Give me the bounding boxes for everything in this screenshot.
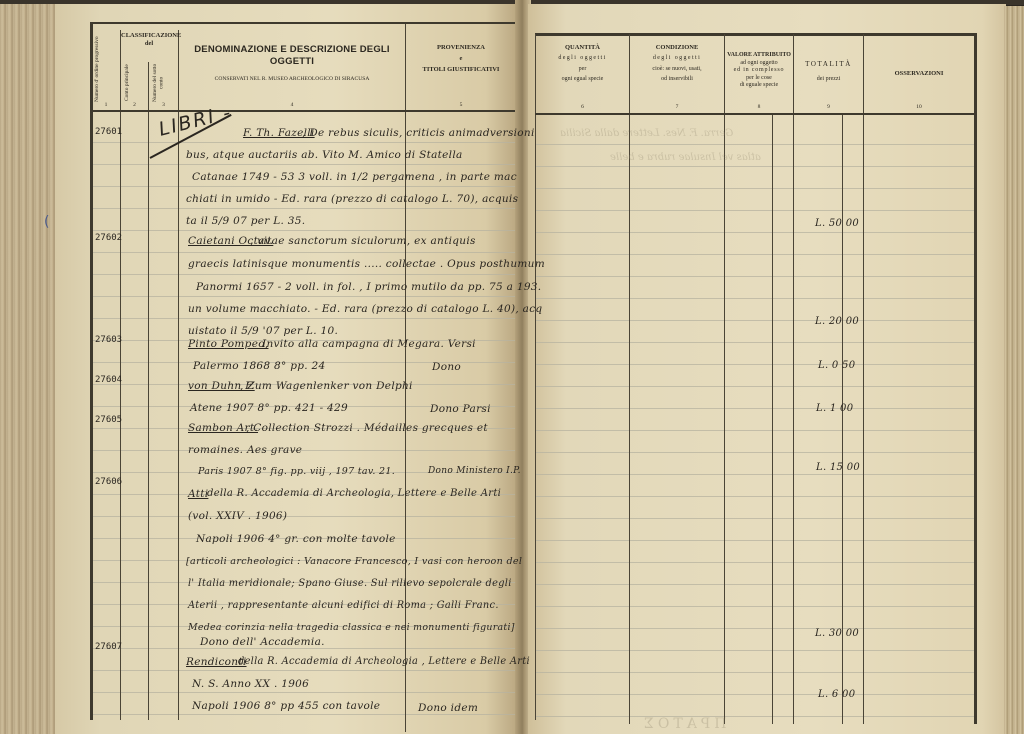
entry-line: uistato il 5/9 '07 per L. 10. (188, 325, 338, 337)
ruled-line (536, 562, 974, 563)
ruled-line (536, 430, 974, 431)
ruled-line (536, 452, 974, 453)
header-col8: VALORE ATTRIBUITO ad ogni oggetto ed in … (725, 52, 793, 90)
entry-line: un volume macchiato. - Ed. rara (prezzo … (188, 303, 542, 315)
header-col7-line3: cioè: se nuovi, usati, (630, 66, 724, 74)
ruled-line (536, 584, 974, 585)
ruled-line (536, 518, 974, 519)
amount-value: L. 15 00 (816, 462, 860, 473)
ruled-line (536, 606, 974, 607)
bleed-through-text: Gerra. F. Nes. Lettere dalla Sicilia (560, 128, 733, 139)
entry-line: Atene 1907 8° pp. 421 - 429 (190, 402, 348, 414)
header-col8-line3: ed in complesso (725, 67, 793, 75)
header-col7-line4: od inservibili (630, 76, 724, 84)
right-col-divider-4 (863, 34, 864, 724)
entry-line: Medea corinzia nella tragedia classica e… (188, 622, 515, 633)
header-num-9: 9 (794, 104, 863, 110)
entry-line: della R. Accademia di Archeologia , Lett… (238, 656, 530, 667)
entry-line: , De rebus siculis, criticis animadversi… (302, 127, 535, 139)
entry-provenance: Dono Ministero I.P. (428, 466, 521, 476)
entry-provenance: Dono idem (418, 702, 478, 714)
entry-line: , vitae sanctorum siculorum, ex antiquis (250, 235, 476, 247)
right-col-divider-0 (535, 34, 536, 720)
header-col8-line5: di eguale specie (725, 82, 793, 90)
entry-line: Napoli 1906 8° pp 455 con tavole (192, 700, 380, 712)
entry-line: bus, atque auctariis ab. Vito M. Amico d… (186, 149, 463, 161)
entry-line: Aterii , rappresentante alcuni edifici d… (188, 600, 499, 611)
ruled-line (536, 628, 974, 629)
right-header-bottom (535, 113, 975, 115)
entry-line: graecis latinisque monumentis ..... coll… (188, 258, 545, 270)
ruled-line (536, 672, 974, 673)
header-col6-line2: degli oggetti (536, 55, 629, 63)
header-col7: CONDIZIONE degli oggetti cioè: se nuovi,… (630, 44, 724, 84)
entry-author: Pinto Pompeo, (188, 338, 268, 350)
entry-line: [articoli archeologici : Vanacore France… (186, 556, 522, 567)
ruled-line (536, 276, 974, 277)
ruled-line (536, 144, 974, 145)
entry-number: 27601 (95, 127, 122, 137)
header-num-8: 8 (725, 104, 793, 110)
header-col8-line4: per le cose (725, 75, 793, 83)
right-col-divider-3 (793, 34, 794, 724)
entry-number: 27605 (95, 415, 122, 425)
header-col6-line3: per (536, 66, 629, 74)
header-col7-line2: degli oggetti (630, 55, 724, 63)
header-num-6: 6 (536, 104, 629, 110)
header-col9-line2: dei prezzi (794, 76, 863, 84)
ruled-line (536, 210, 974, 211)
amount-value: L. 1 00 (816, 403, 853, 414)
entry-line: N. S. Anno XX . 1906 (192, 678, 309, 690)
right-outer-border (974, 34, 977, 724)
header-col10: OSSERVAZIONI (864, 70, 974, 78)
ruled-line (536, 166, 974, 167)
entry-number: 27603 (95, 335, 122, 345)
header-col9-line1: TOTALITÀ (794, 60, 863, 69)
header-col6-line4: ogni egual specie (536, 76, 629, 84)
entry-line: chiati in umido - Ed. rara (prezzo di ca… (186, 193, 518, 205)
header-num-7: 7 (630, 104, 724, 110)
entry-line: Catanae 1749 - 53 3 voll. in 1/2 pergame… (192, 171, 517, 183)
amount-value: L. 20 00 (815, 316, 859, 327)
entry-author: Atti (188, 488, 208, 500)
header-num-10: 10 (864, 104, 974, 110)
entry-number: 27604 (95, 375, 122, 385)
entry-line: (vol. XXIV . 1906) (188, 510, 287, 522)
ruled-line (536, 254, 974, 255)
ruled-line (536, 298, 974, 299)
right-top-border (535, 33, 977, 36)
entry-line: , Collection Strozzi . Médailles grecque… (246, 422, 488, 434)
entry-line: , Zum Wagenlenker von Delphi (240, 380, 413, 392)
amount-value: L. 6 00 (818, 689, 855, 700)
ruled-line (536, 232, 974, 233)
bleed-through-text: ΠΡΑΤΟΣ (640, 716, 726, 732)
header-col9: TOTALITÀ dei prezzi (794, 60, 863, 83)
ruled-line (536, 342, 974, 343)
header-col6-line1: QUANTITÀ (536, 44, 629, 52)
ruled-line (536, 188, 974, 189)
entry-provenance: Dono Parsi (430, 403, 491, 415)
entry-line: della R. Accademia di Archeologia, Lette… (207, 488, 501, 499)
entry-provenance: Dono dell' Accademia. (200, 636, 325, 648)
right-col-divider-2b (772, 114, 773, 724)
entry-number: 27607 (95, 642, 122, 652)
header-col7-line1: CONDIZIONE (630, 44, 724, 52)
ruled-line (536, 474, 974, 475)
amount-value: L. 50 00 (815, 218, 859, 229)
entry-line: Paris 1907 8° fig. pp. viij , 197 tav. 2… (198, 466, 395, 477)
entry-line: ta il 5/9 07 per L. 35. (186, 215, 305, 227)
entry-provenance: Dono (432, 361, 461, 373)
amount-value: L. 30 00 (815, 628, 859, 639)
entry-line: l' Italia meridionale; Spano Giuse. Sul … (188, 578, 512, 589)
entry-number: 27602 (95, 233, 122, 243)
entry-number: 27606 (95, 477, 122, 487)
ruled-line (536, 716, 974, 717)
header-col8-line2: ad ogni oggetto (725, 60, 793, 68)
ruled-line (536, 364, 974, 365)
ruled-line (536, 694, 974, 695)
entry-line: Palermo 1868 8° pp. 24 (193, 360, 325, 372)
header-col8-line1: VALORE ATTRIBUITO (725, 52, 793, 60)
header-col6: QUANTITÀ degli oggetti per ogni egual sp… (536, 44, 629, 84)
ruled-line (536, 320, 974, 321)
ruled-line (536, 650, 974, 651)
bleed-through-text: atlas vel Insulae rubra e belle (610, 152, 761, 163)
entry-line: Napoli 1906 4° gr. con molte tavole (196, 533, 396, 545)
entry-line: Panormi 1657 - 2 voll. in fol. , I primo… (196, 281, 541, 293)
entry-line: romaines. Aes grave (188, 444, 302, 456)
amount-value: L. 0 50 (818, 360, 855, 371)
ruled-line (536, 386, 974, 387)
ruled-line (536, 496, 974, 497)
ruled-line (536, 540, 974, 541)
ruled-line (536, 408, 974, 409)
entry-line: Invito alla campagna di Megara. Versi (262, 338, 476, 350)
